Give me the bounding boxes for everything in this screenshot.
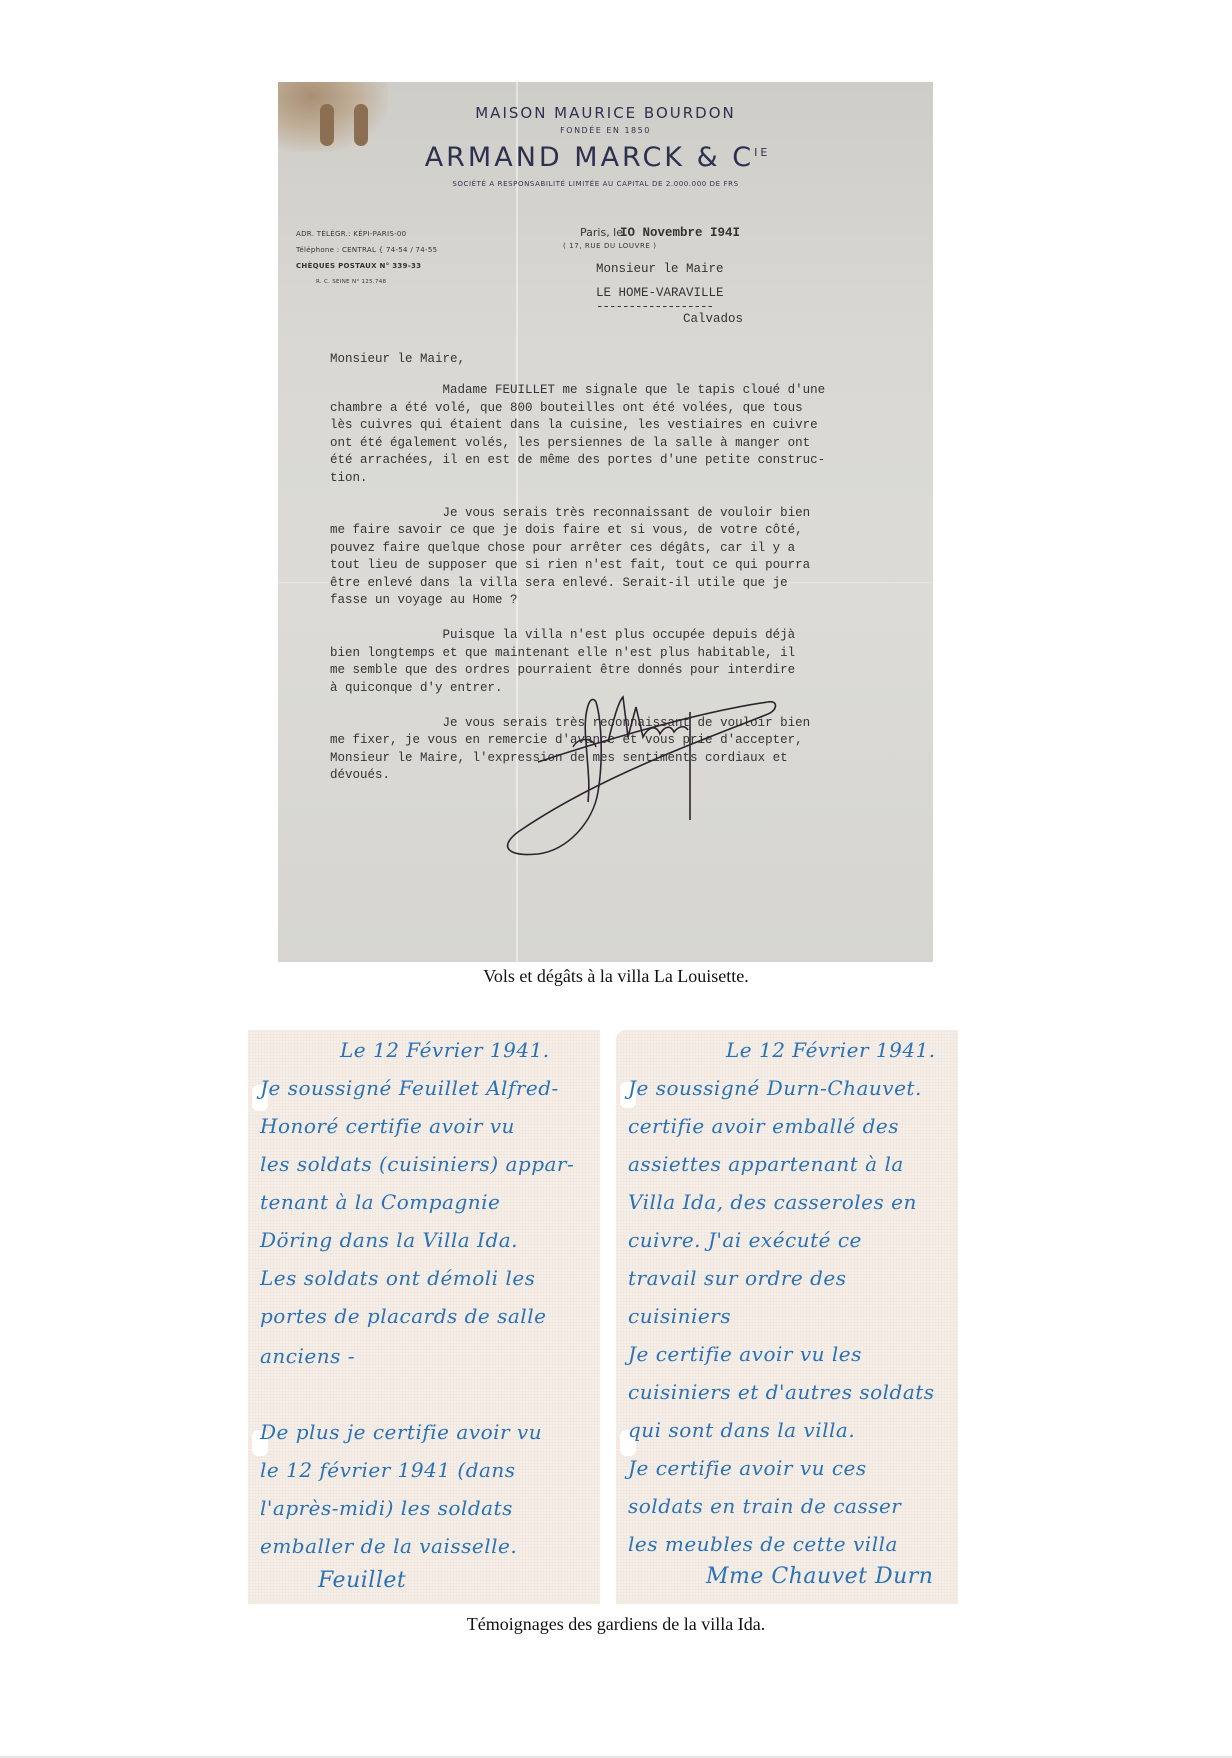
note-line: certifie avoir emballé des xyxy=(628,1114,899,1138)
letterhead-societe: SOCIÉTÉ A RESPONSABILITÉ LIMITÉE AU CAPI… xyxy=(278,180,923,188)
note-line: assiettes appartenant à la xyxy=(628,1152,904,1176)
letterhead-cheques: CHÈQUES POSTAUX N° 339-33 xyxy=(296,262,421,270)
note-line: emballer de la vaisselle. xyxy=(260,1534,517,1558)
letter-scan: MAISON MAURICE BOURDON FONDÉE EN 1850 AR… xyxy=(278,82,933,962)
note-feuillet: Le 12 Février 1941. Je soussigné Feuille… xyxy=(248,1030,600,1604)
note-line: Villa Ida, des casseroles en xyxy=(628,1190,917,1214)
note-durn-chauvet: Le 12 Février 1941. Je soussigné Durn-Ch… xyxy=(616,1030,958,1604)
note-line: l'après-midi) les soldats xyxy=(260,1496,513,1520)
caption-letter: Vols et dégâts à la villa La Louisette. xyxy=(0,966,1232,987)
letterhead-maison: MAISON MAURICE BOURDON xyxy=(278,104,933,122)
note-line: les soldats (cuisiniers) appar- xyxy=(260,1152,574,1176)
caption-notes: Témoignages des gardiens de la villa Ida… xyxy=(0,1614,1232,1635)
letterhead-founded: FONDÉE EN 1850 xyxy=(278,126,933,135)
note-line: cuisiniers xyxy=(628,1304,731,1328)
note-line: Döring dans la Villa Ida. xyxy=(260,1228,518,1252)
note-line: qui sont dans la villa. xyxy=(628,1418,855,1442)
note-signature: Mme Chauvet Durn xyxy=(706,1564,933,1589)
note-line: Je soussigné Durn-Chauvet. xyxy=(628,1076,922,1100)
signature-marck xyxy=(478,682,778,862)
recipient-town: LE HOME-VARAVILLE xyxy=(596,286,724,300)
note-line: Les soldats ont démoli les xyxy=(260,1266,535,1290)
note-signature: Feuillet xyxy=(318,1568,406,1593)
note-line: De plus je certifie avoir vu xyxy=(260,1420,542,1444)
note-line: le 12 février 1941 (dans xyxy=(260,1458,516,1482)
letter-address: ( 17, RUE DU LOUVRE ) xyxy=(563,242,657,250)
letterhead-telephone: Téléphone : CENTRAL { 74-54 / 74-55 xyxy=(296,246,437,254)
note-line: portes de placards de salle xyxy=(260,1304,546,1328)
letterhead-telegraph: ADR. TÉLÉGR.: KÉPI-PARIS-00 xyxy=(296,230,406,238)
letter-salutation: Monsieur le Maire, xyxy=(330,352,465,366)
note-line: cuisiniers et d'autres soldats xyxy=(628,1380,935,1404)
note-date: Le 12 Février 1941. xyxy=(726,1038,936,1062)
recipient-department: Calvados xyxy=(683,312,743,326)
letter-place: Paris, le xyxy=(580,226,623,239)
note-line: Je certifie avoir vu ces xyxy=(628,1456,867,1480)
letterhead-rc: R. C. SEINE N° 125.748 xyxy=(316,279,386,285)
note-line: Honoré certifie avoir vu xyxy=(260,1114,515,1138)
note-date: Le 12 Février 1941. xyxy=(340,1038,550,1062)
note-line: Je certifie avoir vu les xyxy=(628,1342,862,1366)
letterhead-company: ARMAND MARCK & CIE xyxy=(278,142,925,173)
note-line: anciens - xyxy=(260,1344,355,1368)
note-line: Je soussigné Feuillet Alfred- xyxy=(260,1076,559,1100)
note-line: les meubles de cette villa xyxy=(628,1532,898,1556)
note-line: travail sur ordre des xyxy=(628,1266,847,1290)
recipient-title: Monsieur le Maire xyxy=(596,262,724,276)
letter-date: IO Novembre I94I xyxy=(620,226,740,240)
note-line: tenant à la Compagnie xyxy=(260,1190,500,1214)
note-line: soldats en train de casser xyxy=(628,1494,901,1518)
note-line: cuivre. J'ai exécuté ce xyxy=(628,1228,862,1252)
